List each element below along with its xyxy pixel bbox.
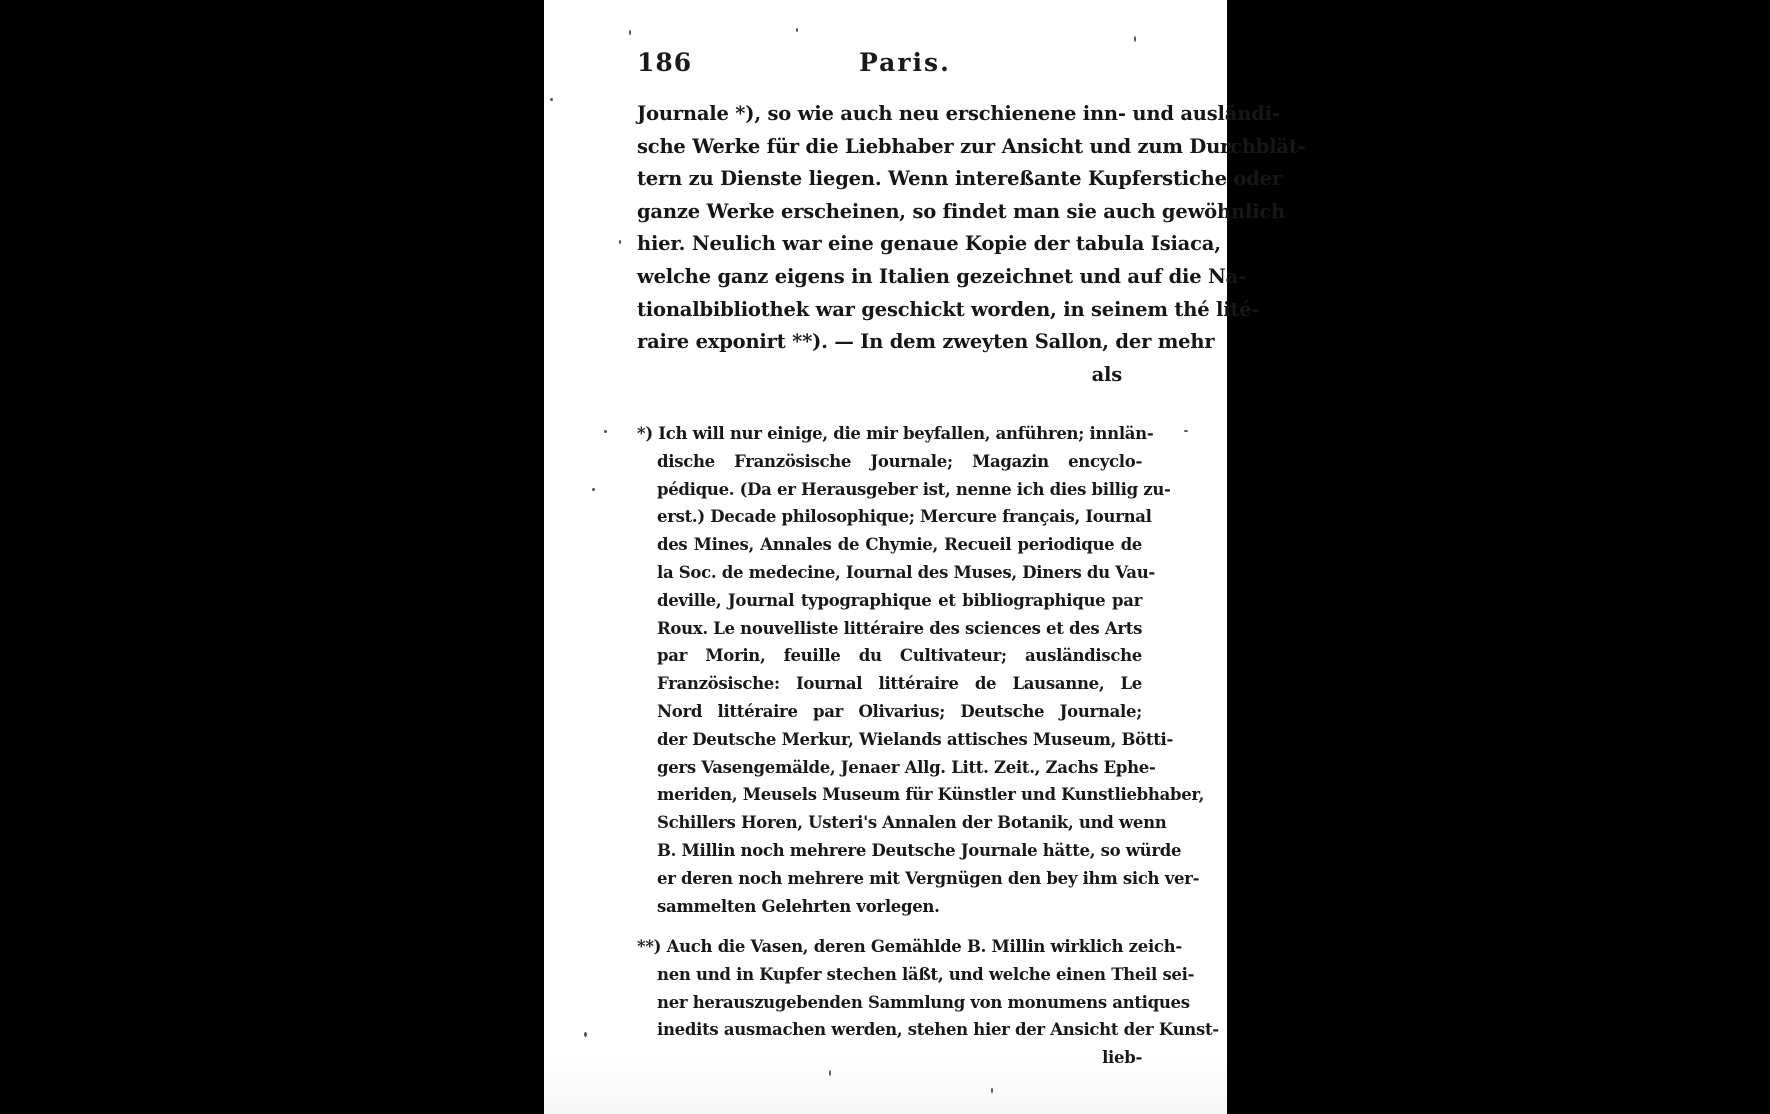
footnote-line: deville, Journal typographique et biblio… [637, 587, 1142, 615]
body-line: Journale *), so wie auch neu erschienene… [637, 98, 1122, 131]
body-line: tern zu Dienste liegen. Wenn intereßante… [637, 163, 1122, 196]
scan-speck [619, 240, 621, 244]
page-number: 186 [637, 48, 692, 77]
body-line: sche Werke für die Liebhaber zur Ansicht… [637, 131, 1122, 164]
running-title: Paris. [859, 48, 951, 77]
footnote-line: inedits ausmachen werden, stehen hier de… [637, 1016, 1142, 1044]
catchword: lieb- [637, 1044, 1142, 1072]
footnote-line: la Soc. de medecine, Iournal des Muses, … [637, 559, 1142, 587]
footnote-line: gers Vasengemälde, Jenaer Allg. Litt. Ze… [637, 754, 1142, 782]
page-header: 186 Paris. [637, 48, 1127, 82]
footnote-line: pédique. (Da er Herausgeber ist, nenne i… [637, 476, 1142, 504]
footnote-line: Schillers Horen, Usteri's Annalen der Bo… [637, 809, 1142, 837]
footnote-line: Französische: Iournal littéraire de Laus… [637, 670, 1142, 698]
footnote-line: ner herauszugebenden Sammlung von monume… [637, 989, 1142, 1017]
footnote-line: nen und in Kupfer stechen läßt, und welc… [637, 961, 1142, 989]
scan-speck [584, 1032, 587, 1037]
footnote-line: des Mines, Annales de Chymie, Recueil pe… [637, 531, 1142, 559]
footnote-2: **) Auch die Vasen, deren Gemählde B. Mi… [637, 933, 1142, 1072]
body-line: hier. Neulich war eine genaue Kopie der … [637, 228, 1122, 261]
scan-speck [1184, 430, 1188, 432]
footnote-line: par Morin, feuille du Cultivateur; auslä… [637, 642, 1142, 670]
footnote-line: sammelten Gelehrten vorlegen. [637, 893, 1142, 921]
footnote-line: dische Französische Journale; Magazin en… [637, 448, 1142, 476]
scanned-book-page: 186 Paris. Journale *), so wie auch neu … [544, 0, 1227, 1114]
scan-speck [592, 488, 595, 491]
footnote-line: *) Ich will nur einige, die mir beyfalle… [637, 420, 1142, 448]
body-line: tionalbibliothek war geschickt worden, i… [637, 294, 1122, 327]
footnote-line: B. Millin noch mehrere Deutsche Journale… [637, 837, 1142, 865]
scan-speck [829, 1070, 831, 1076]
body-text: Journale *), so wie auch neu erschienene… [637, 98, 1122, 391]
footnote-line: **) Auch die Vasen, deren Gemählde B. Mi… [637, 933, 1142, 961]
body-line: ganze Werke erscheinen, so findet man si… [637, 196, 1122, 229]
scan-speck [550, 98, 553, 101]
scan-speck [604, 430, 607, 433]
footnote-line: Nord littéraire par Olivarius; Deutsche … [637, 698, 1142, 726]
scan-speck [1134, 36, 1136, 42]
footnote-line: der Deutsche Merkur, Wielands attisches … [637, 726, 1142, 754]
footnote-1: *) Ich will nur einige, die mir beyfalle… [637, 420, 1142, 920]
footnote-line: erst.) Decade philosophique; Mercure fra… [637, 503, 1142, 531]
catchword: als [637, 359, 1122, 392]
scan-speck [796, 28, 798, 32]
scan-speck [629, 30, 631, 35]
body-line: welche ganz eigens in Italien gezeichnet… [637, 261, 1122, 294]
footnote-line: er deren noch mehrere mit Vergnügen den … [637, 865, 1142, 893]
footnote-line: Roux. Le nouvelliste littéraire des scie… [637, 615, 1142, 643]
footnote-line: meriden, Meusels Museum für Künstler und… [637, 781, 1142, 809]
body-line: raire exponirt **). — In dem zweyten Sal… [637, 326, 1122, 359]
scan-speck [991, 1088, 993, 1093]
